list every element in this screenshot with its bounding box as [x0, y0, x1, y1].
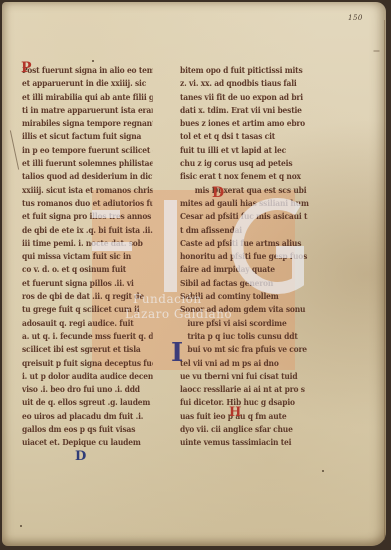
text-line: mis Duxerat qua est scs ubi — [180, 184, 311, 197]
watermark-line-1: Fundación — [125, 292, 232, 307]
text-line: i. ut p dolor audita audice decentur — [22, 370, 153, 383]
text-line: mirabiles signa tempore regnantis — [22, 117, 153, 130]
text-line: ti in matre apparuerunt ista erant — [22, 104, 153, 117]
text-line: ue vu tberni vni fui cisat tuid — [180, 370, 311, 383]
watermark-line-2: Lázaro Galdiano — [125, 307, 232, 322]
page-edge-shadow — [374, 20, 385, 540]
text-line: tanes vii fit de uo expon ad bri — [180, 91, 311, 104]
text-line: et apparuerunt in die xxiiij. sic — [22, 77, 153, 90]
ink-speck — [20, 525, 22, 527]
text-line: viso .i. beo dro fui uno .i. ddd — [22, 383, 153, 396]
text-line: et illi mirabilia qui ab ante filii gen — [22, 91, 153, 104]
text-line: bues z iones et artim amo ebro — [180, 117, 311, 130]
text-line: gallos dm eos p qs fuit visas — [22, 423, 153, 436]
text-line: illis et sicut factum fuit signa — [22, 130, 153, 143]
text-line: dyo vii. cii anglice sfar chue — [180, 423, 311, 436]
text-line: tol et et q dsi t tasas cit — [180, 130, 311, 143]
watermark-monogram-G — [228, 196, 308, 296]
ink-speck — [322, 470, 324, 472]
red-initial-H: H — [229, 405, 241, 420]
manuscript-scan: 150 Post fuerunt signa in alio eo tempor… — [0, 0, 391, 550]
text-line: scilicet ibi est sgrerut et tisla — [22, 343, 153, 356]
margin-crease — [374, 51, 380, 52]
folio-number: 150 — [348, 14, 363, 22]
text-line: uinte vemus tassimiacin tei — [180, 436, 311, 449]
ink-speck — [92, 60, 94, 62]
text-line: fuit tu illi et vt lapid at lec — [180, 144, 311, 157]
text-line: in p eo tempore fuerunt scilicet cum — [22, 144, 153, 157]
text-line: laocc ressllarie ai ai nt at pro s — [180, 383, 311, 396]
text-line: z. vi. xx. ad qnodbis tiaus fali — [180, 77, 311, 90]
text-line: uiacet et. Depique cu laudem — [22, 436, 153, 449]
blue-initial-I: I — [171, 340, 183, 366]
text-line: dati x. tdim. Erat vii vni bestie — [180, 104, 311, 117]
text-line: tel vii vni ad m ps ai dno — [180, 357, 311, 370]
text-line: bui vo mt sic fra pfuis ve core — [180, 343, 311, 356]
text-line: chu z ig corus usq ad peteis — [180, 157, 311, 170]
red-initial-P: P — [21, 60, 32, 76]
text-line: fui dicetor. Hib huc g dsapio — [180, 396, 311, 409]
text-line: uas fuit ieo p au q fm aute — [180, 410, 311, 423]
text-line: talios quod ad desiderium in dicto ix — [22, 170, 153, 183]
text-line: eo uiros ad placadu dm fuit .i. — [22, 410, 153, 423]
red-initial-D: D — [212, 185, 224, 201]
text-line: bitem opo d fuit pitictissi mits — [180, 64, 311, 77]
text-line: trita p q iuc tolis cunsu ddt — [180, 330, 311, 343]
text-line: a. ut q. i. fecunde mss fuerit q. de — [22, 330, 153, 343]
text-line: Post fuerunt signa in alio eo tempore — [22, 64, 153, 77]
text-line: uit de q. ellos sgreut .g. laudem hoc — [22, 396, 153, 409]
watermark-text: Fundación Lázaro Galdiano — [125, 292, 232, 322]
blue-initial-D: D — [75, 449, 86, 464]
text-line: fisic erat t nox fenem et q nox — [180, 170, 311, 183]
text-line: et illi fuerunt solemnes philistaes — [22, 157, 153, 170]
text-line: qreisuit p fuit signa deceptus fue — [22, 357, 153, 370]
